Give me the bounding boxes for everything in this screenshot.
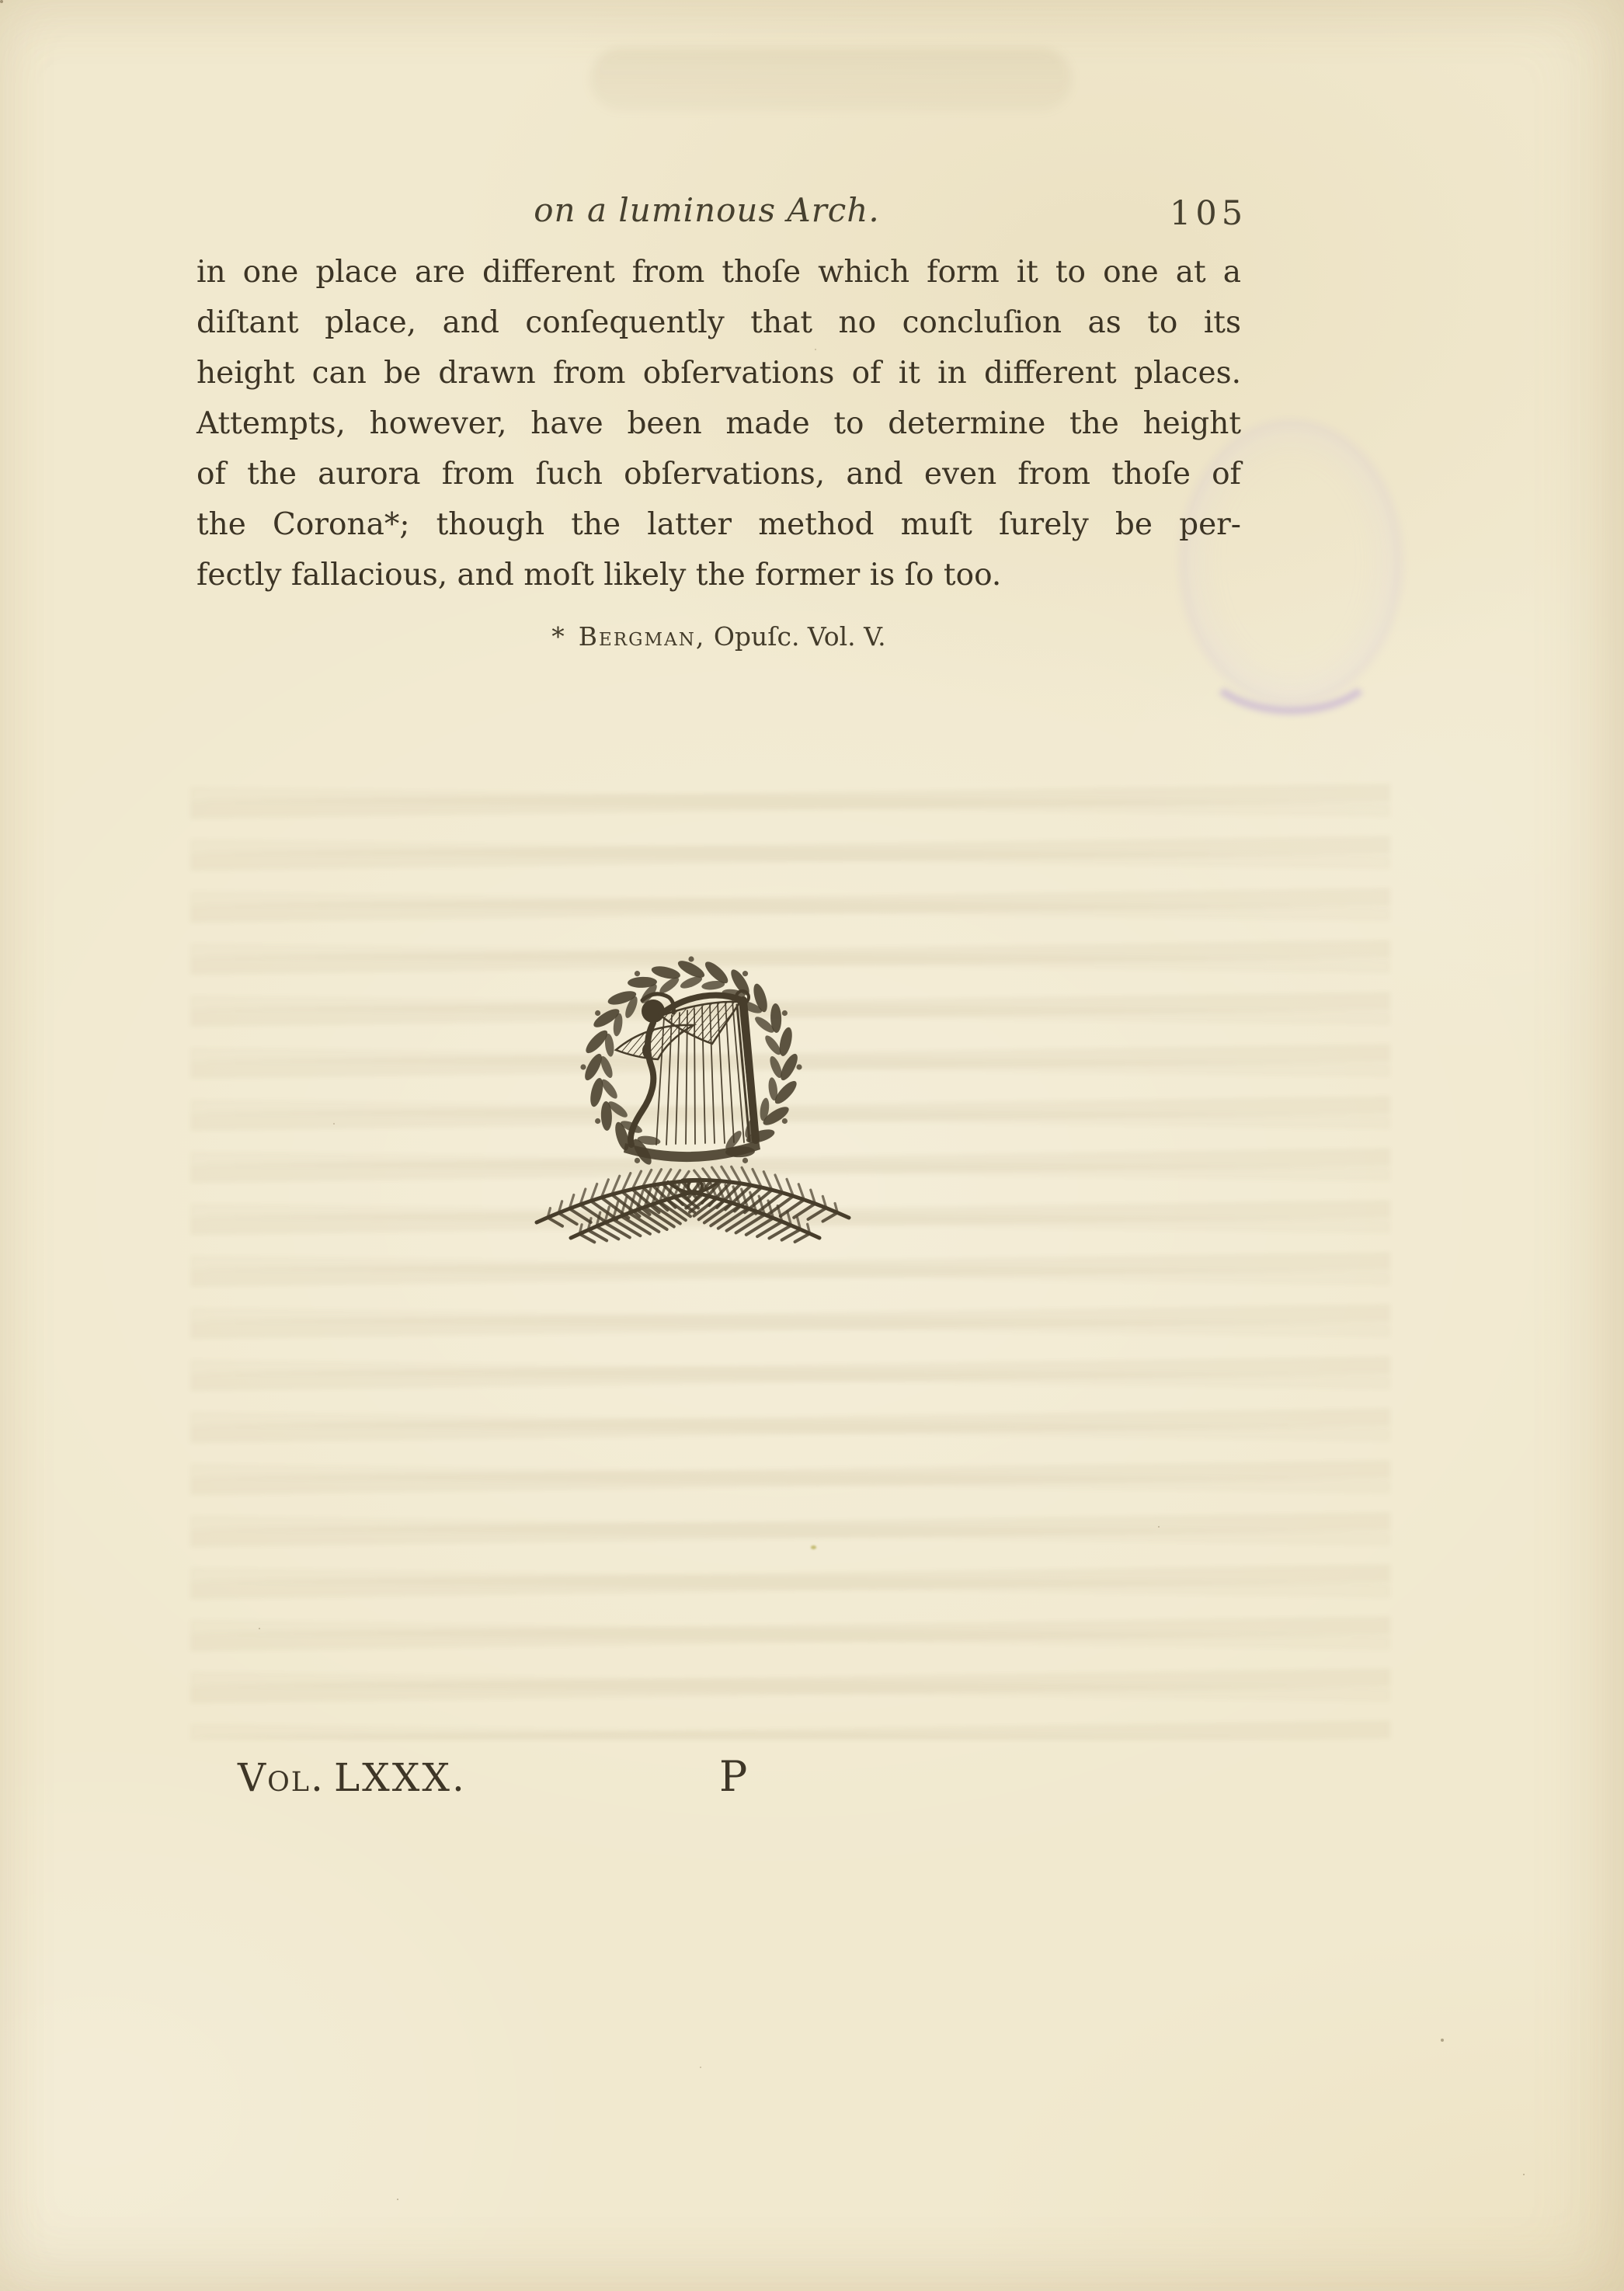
volume-label: Vol.LXXX. <box>238 1755 467 1800</box>
scanned-page: { "document": { "header": { "running_tit… <box>0 0 1624 2291</box>
foxing-speck-green <box>811 1545 816 1549</box>
body-line: Attempts, however, have been made to det… <box>196 398 1241 449</box>
page-number: 105 <box>1170 194 1247 233</box>
foxing-specks <box>0 0 3 3</box>
body-line: in one place are different from thoſe wh… <box>196 247 1241 297</box>
bleed-through-top <box>590 48 1072 110</box>
signature-mark: P <box>719 1752 747 1801</box>
body-line: diſtant place, and conſequently that no … <box>196 297 1241 348</box>
footnote-work: Opuſc. Vol. V. <box>714 621 886 652</box>
footnote-author: Bergman, <box>579 621 706 652</box>
running-title: on a luminous Arch. <box>505 191 909 229</box>
body-line: fectly fallacious, and moſt likely the f… <box>196 550 1241 600</box>
footnote-marker: * <box>551 621 565 652</box>
volume-word: Vol. <box>238 1755 325 1800</box>
body-line: height can be drawn from obſervations of… <box>196 348 1241 398</box>
footnote: *Bergman, Opuſc. Vol. V. <box>196 621 1241 652</box>
palm-fronds <box>537 1166 849 1242</box>
body-line: the Corona*; though the latter method mu… <box>196 499 1241 550</box>
harp-ornament <box>509 949 874 1260</box>
ornament-svg <box>509 949 874 1260</box>
volume-number: LXXX. <box>334 1755 467 1800</box>
wreath-leaves <box>580 956 802 1167</box>
body-paragraph: in one place are different from thoſe wh… <box>196 247 1241 600</box>
body-line: of the aurora from ſuch obſervations, an… <box>196 449 1241 499</box>
library-stamp-arc <box>1198 598 1384 714</box>
